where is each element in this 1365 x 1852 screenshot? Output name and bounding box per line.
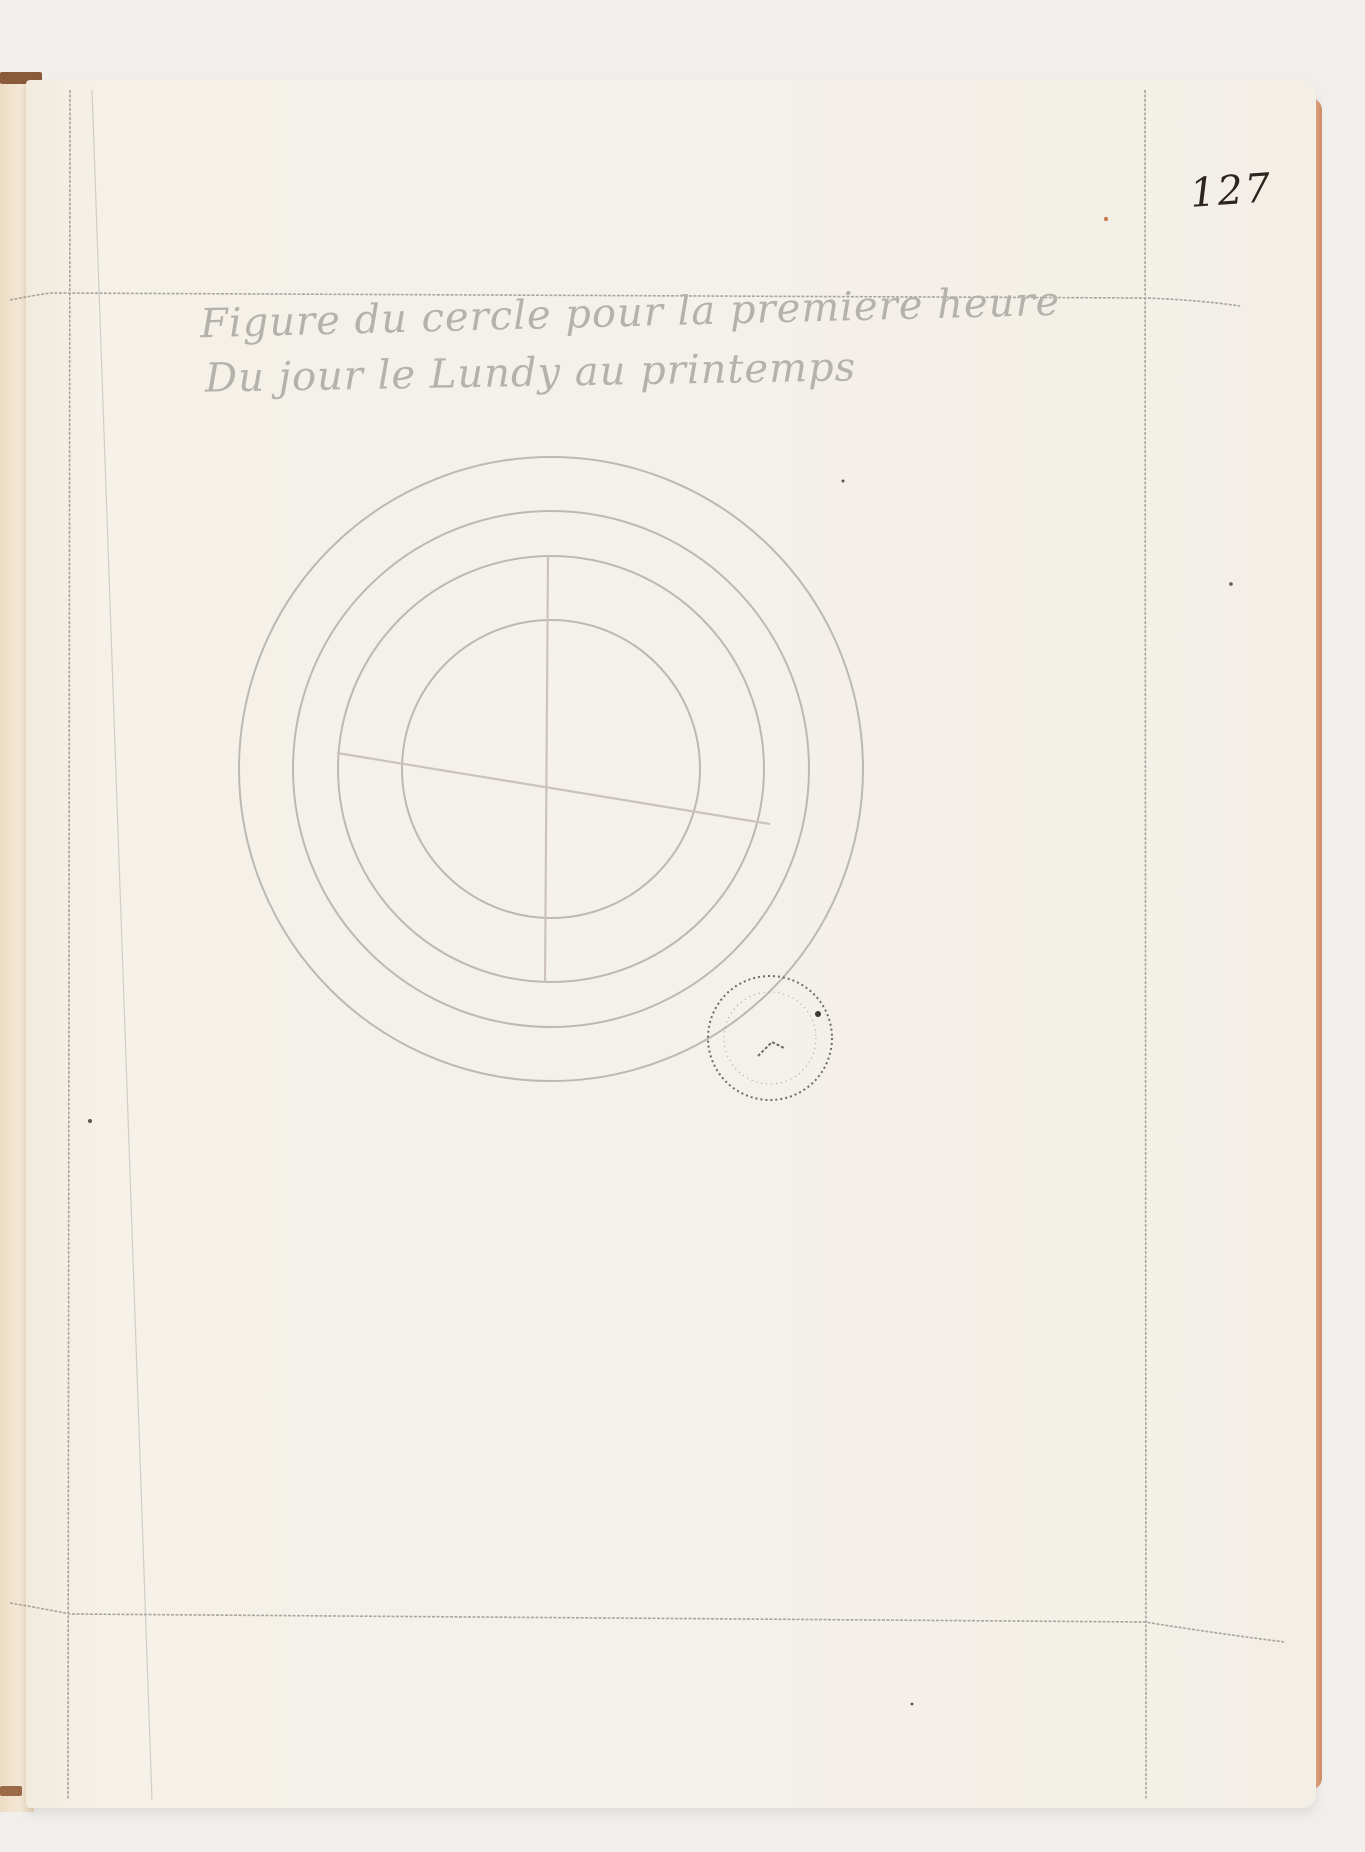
stamp-emblem-icon (758, 1042, 784, 1056)
binding-cap-bottom (0, 1786, 22, 1796)
stamp-outer-ring (708, 976, 832, 1100)
stamp-inner-ring (724, 992, 816, 1084)
page-number: 127 (1188, 165, 1273, 217)
manuscript-scan: 127 Figure du cercle pour la premiere he… (0, 0, 1365, 1852)
library-stamp (700, 968, 840, 1108)
stamp-ink-blot (815, 1011, 821, 1017)
